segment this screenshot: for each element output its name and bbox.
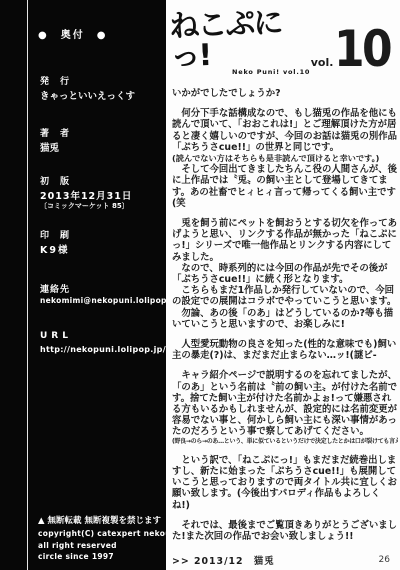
- edition-date: 2013年12月31日: [40, 188, 132, 202]
- printer-value: K9様: [40, 242, 69, 256]
- contact-label: 連絡先: [40, 282, 70, 295]
- page-number: 26: [379, 555, 390, 565]
- edition-label: 初 版: [40, 174, 70, 187]
- colophon-panel: ● 奥付 ● 発 行 きゃっといいえっくす 著 者 猫兎 初 版 2013年12…: [0, 0, 166, 570]
- volume-label: vol.: [311, 57, 334, 68]
- copyright-line: all right reserved: [38, 541, 117, 550]
- afterword-paragraph: 兎を飼う前にペットを飼おうとする切欠を作ってあげようと思い、リンクする作品が無か…: [172, 218, 398, 263]
- series-subtitle: Neko Puni! vol.10: [232, 68, 310, 76]
- afterword-paragraph: (野良→のら→のあ…という、単に似ているというだけで決定したとかは口が裂けても言…: [172, 438, 398, 446]
- volume-number: 10: [334, 28, 390, 71]
- afterword-paragraph: いかがでしたでしょうか?: [172, 88, 398, 99]
- url-value: http://nekopuni.lolipop.jp/: [40, 345, 166, 354]
- copyright-line: circle since 1997: [38, 552, 114, 561]
- afterword-paragraph: 何分下手な話構成なので、もし猫兎の作品を他にも読んで頂いて、「おおこれは!」とご…: [172, 108, 398, 153]
- vertical-divider: [27, 0, 28, 570]
- copyright-line: copyright(C) catexpert nekousa,: [38, 529, 184, 538]
- afterword-paragraph: 人型愛玩動物の良さを知った(性的な意味でも)飼い主の暴走(?)は、まだまだ止まら…: [172, 339, 398, 361]
- date-signature: >> 2013/12 猫兎: [172, 556, 398, 566]
- series-title: ねこぷにっ!: [169, 8, 310, 73]
- afterword-paragraph: こちらもまだ1作品しか発行していないので、今回の設定での展開はコラボでやっていこ…: [172, 285, 398, 307]
- afterword-text: いかがでしたでしょうか? 何分下手な話構成なので、もし猫兎の作品を他にも読んで頂…: [172, 88, 398, 566]
- afterword-paragraph: (読んでない方はそちらも是非読んで頂けると幸いです。): [172, 153, 398, 164]
- afterword-paragraph: なので、時系列的には今回の作品が先でその後が「ぷちうさcue!!」に続く形となり…: [172, 263, 398, 285]
- author-value: 猫兎: [40, 140, 59, 154]
- publisher-label: 発 行: [40, 74, 70, 87]
- afterword-paragraph: という訳で、「ねこぷにっ!」もまだまだ続巻出しますし、新たに始まった「ぷちうさc…: [172, 455, 398, 511]
- afterword-paragraph: そして今回出てきましたちんこ役の人間さんが、後に上作品では〝兎〟の飼い主として登…: [172, 164, 398, 209]
- title-block: ねこぷにっ! vol. 10 Neko Puni! vol.10: [170, 10, 398, 86]
- afterword-paragraph: キャラ紹介ページで説明するのを忘れてましたが、「のあ」という名前は〝前の飼い主〟…: [172, 370, 398, 437]
- title-row: ねこぷにっ! vol. 10: [170, 10, 398, 70]
- printer-label: 印 刷: [40, 228, 70, 241]
- contact-email: nekomimi@nekopuni.lolipop.jp: [40, 296, 178, 305]
- no-reproduction-notice: ▲ 無断転載 無断複製を禁じます: [38, 514, 161, 526]
- publisher-value: きゃっといいえっくす: [40, 88, 135, 102]
- afterword-area: ねこぷにっ! vol. 10 Neko Puni! vol.10 いかがでしたで…: [166, 0, 400, 570]
- afterword-paragraph: それでは、最後までご覧頂きありがとうございました!また次回の作品でお会い致しまし…: [172, 520, 398, 542]
- url-label: URL: [40, 331, 72, 341]
- afterword-paragraph: 勿論、あの後「のあ」はどうしているのか?等も描いていこうと思いますので、お楽しみ…: [172, 308, 398, 330]
- edition-event-note: 〔コミックマーケット 85〕: [40, 201, 129, 211]
- author-label: 著 者: [40, 126, 70, 139]
- colophon-header: ● 奥付 ●: [38, 26, 107, 41]
- doujin-colophon-page: ● 奥付 ● 発 行 きゃっといいえっくす 著 者 猫兎 初 版 2013年12…: [0, 0, 400, 570]
